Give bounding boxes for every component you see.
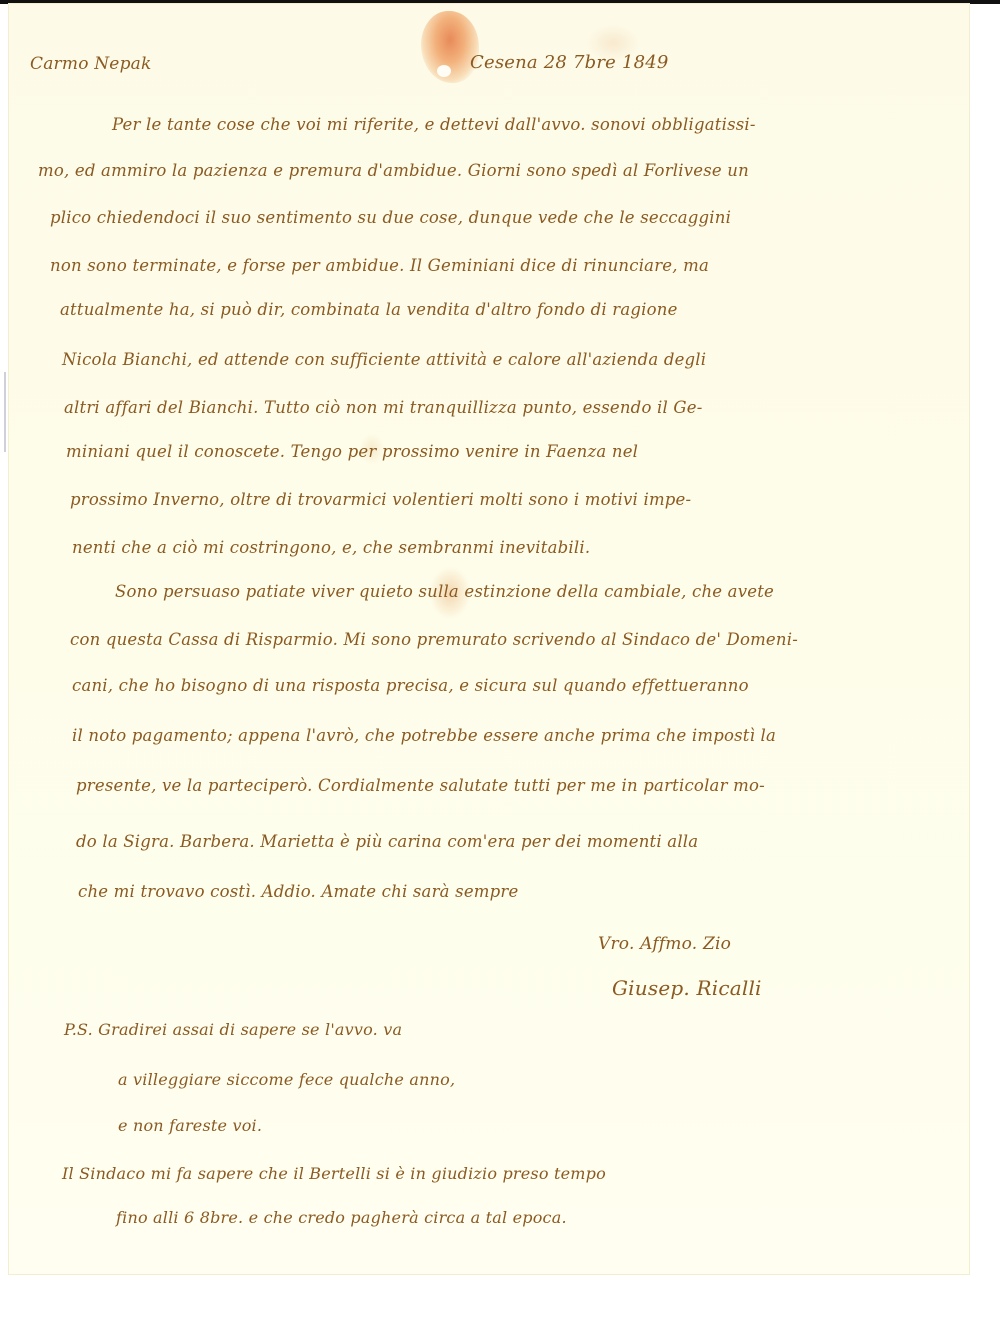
salutation: Carmo Nepak bbox=[30, 56, 151, 73]
postscript-line: P.S. Gradirei assai di sapere se l'avvo.… bbox=[64, 1022, 402, 1038]
body-line: non sono terminate, e forse per ambidue.… bbox=[50, 258, 709, 275]
signature-closing: Vro. Affmo. Zio bbox=[598, 936, 731, 953]
body-line: Nicola Bianchi, ed attende con sufficien… bbox=[62, 352, 706, 369]
postscript-line: Il Sindaco mi fa sapere che il Bertelli … bbox=[62, 1166, 606, 1182]
body-line: attualmente ha, si può dir, combinata la… bbox=[60, 302, 678, 319]
body-line: Sono persuaso patiate viver quieto sulla… bbox=[115, 584, 774, 601]
postscript-line: e non fareste voi. bbox=[118, 1118, 262, 1134]
body-line: nenti che a ciò mi costringono, e, che s… bbox=[72, 540, 590, 557]
postscript-line: fino alli 6 8bre. e che credo pagherà ci… bbox=[116, 1210, 567, 1226]
body-line: altri affari del Bianchi. Tutto ciò non … bbox=[64, 400, 703, 417]
body-line: con questa Cassa di Risparmio. Mi sono p… bbox=[70, 632, 798, 649]
body-line: presente, ve la parteciperò. Cordialment… bbox=[76, 778, 765, 795]
scan-edge-mark bbox=[4, 372, 6, 452]
body-line: Per le tante cose che voi mi riferite, e… bbox=[112, 117, 756, 134]
signature-name: Giusep. Ricalli bbox=[612, 978, 762, 998]
place-and-date: Cesena 28 7bre 1849 bbox=[470, 54, 669, 72]
body-line: che mi trovavo costì. Addio. Amate chi s… bbox=[78, 884, 518, 901]
body-line: mo, ed ammiro la pazienza e premura d'am… bbox=[38, 163, 749, 180]
body-line: prossimo Inverno, oltre di trovarmici vo… bbox=[70, 492, 691, 509]
body-line: miniani quel il conoscete. Tengo per pro… bbox=[66, 444, 638, 461]
postscript-line: a villeggiare siccome fece qualche anno, bbox=[118, 1072, 455, 1088]
body-line: il noto pagamento; appena l'avrò, che po… bbox=[72, 728, 776, 745]
body-line: cani, che ho bisogno di una risposta pre… bbox=[72, 678, 749, 695]
body-line: plico chiedendoci il suo sentimento su d… bbox=[50, 210, 731, 227]
body-line: do la Sigra. Barbera. Marietta è più car… bbox=[76, 834, 698, 851]
